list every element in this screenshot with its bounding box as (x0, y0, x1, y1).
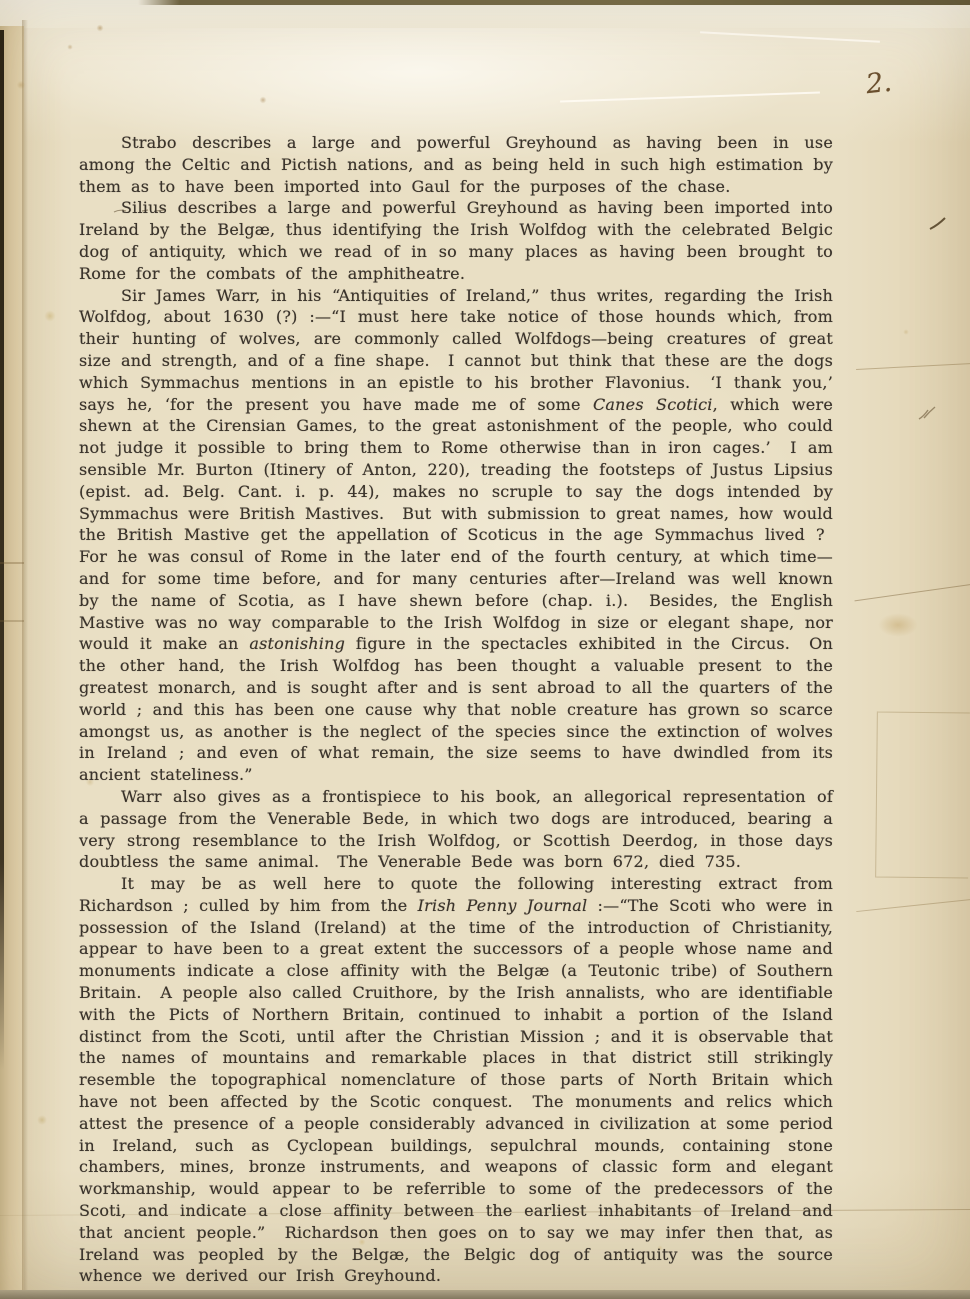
document-text: Strabo describes a large and powerful Gr… (79, 132, 833, 1287)
pen-tick-mark (916, 404, 938, 422)
pen-tick-mark (928, 216, 948, 232)
paragraph: Strabo describes a large and powerful Gr… (79, 132, 833, 197)
paragraph: Sir James Warr, in his “Antiquities of I… (79, 285, 833, 786)
scanned-document-page: 2. Strabo describes a large and powerful… (0, 0, 970, 1299)
italic-text: astonishing (249, 634, 345, 653)
body-text: Silius describes a large and powerful Gr… (79, 198, 833, 282)
body-text: , which were shewn at the Cirensian Game… (79, 395, 833, 654)
body-text: Strabo describes a large and powerful Gr… (79, 133, 833, 196)
body-text: figure in the spectacles exhibited in th… (79, 634, 833, 784)
paragraph: Warr also gives as a frontispiece to his… (79, 786, 833, 873)
handwritten-page-number: 2. (864, 67, 893, 101)
italic-text: Irish Penny Journal (418, 896, 588, 915)
paragraph: It may be as well here to quote the foll… (79, 873, 833, 1287)
italic-text: Canes Scotici (593, 395, 713, 414)
body-text: :—“The Scoti who were in possession of t… (79, 896, 833, 1286)
body-text: Warr also gives as a frontispiece to his… (79, 787, 833, 871)
paragraph: Silius describes a large and powerful Gr… (79, 197, 833, 284)
